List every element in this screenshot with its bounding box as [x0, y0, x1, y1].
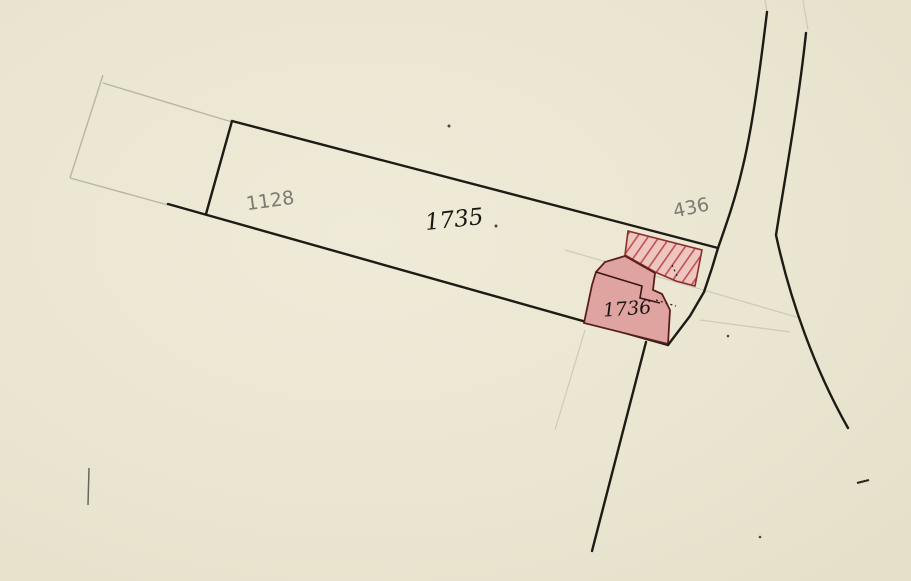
map-drawing: [0, 0, 911, 581]
road-edges: [718, 12, 848, 428]
cadastral-map: 1128 1735 436 1736: [0, 0, 911, 581]
parcel-label-1736: 1736: [602, 296, 652, 321]
